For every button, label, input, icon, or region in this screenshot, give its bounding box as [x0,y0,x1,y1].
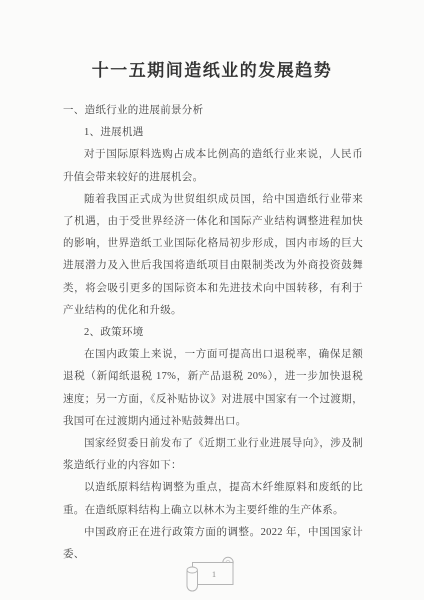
scroll-banner-icon: 1 [183,554,241,594]
page-number: 1 [212,569,216,579]
section-heading: 一、造纸行业的进展前景分析 [63,100,363,122]
subsection-heading: 2、政策环境 [63,322,363,344]
document-page: 十一五期间造纸业的发展趋势 一、造纸行业的进展前景分析 1、进展机遇 对于国际原… [0,0,424,600]
document-body: 一、造纸行业的进展前景分析 1、进展机遇 对于国际原料选购占成本比例高的造纸行业… [63,100,363,566]
paragraph: 对于国际原料选购占成本比例高的造纸行业来说，人民币升值会带来较好的进展机会。 [63,144,363,188]
paragraph: 在国内政策上来说，一方面可提高出口退税率，确保足额退税（新闻纸退税 17%，新产… [63,344,363,433]
document-title: 十一五期间造纸业的发展趋势 [40,57,384,85]
paragraph: 随着我国正式成为世贸组织成员国，给中国造纸行业带来了机遇，由于受世界经济一体化和… [63,189,363,322]
paragraph: 国家经贸委日前发布了《近期工业行业进展导向》，涉及制浆造纸行业的内容如下： [63,433,363,477]
paragraph: 以造纸原料结构调整为重点，提高木纤维原料和废纸的比重。在造纸原料结构上确立以林木… [63,477,363,521]
subsection-heading: 1、进展机遇 [63,122,363,144]
page-footer: 1 [183,554,241,594]
